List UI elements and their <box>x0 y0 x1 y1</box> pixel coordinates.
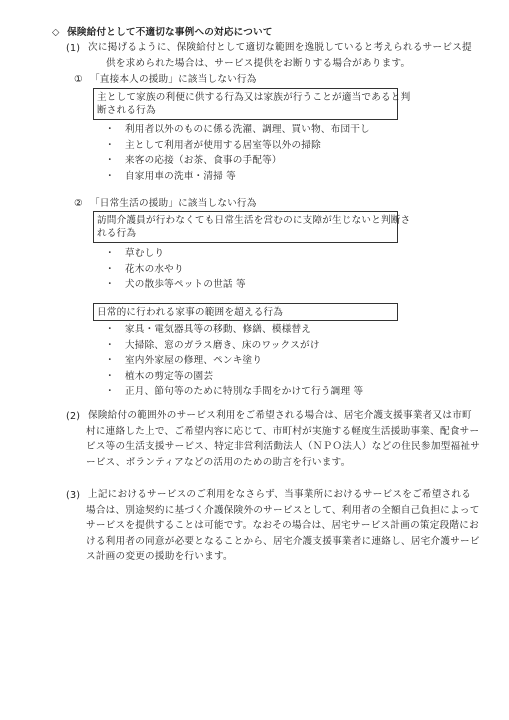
list-item-text: 来客の応接（お茶、食事の手配等） <box>125 155 282 166</box>
bullet-icon: ・ <box>105 323 125 336</box>
sub1-bullet-list: ・利用者以外のものに係る洗濯、調理、買い物、布団干し ・主として利用者が使用する… <box>105 123 370 185</box>
item2-line: ビス等の生活支援サービス、特定非営利活動法人（ＮＰＯ法人）などの住民参加型福祉サ <box>86 439 480 455</box>
diamond-icon: ◇ <box>52 27 60 38</box>
bullet-icon: ・ <box>105 247 125 260</box>
item2-line: 村に連絡した上で、ご希望内容に応じて、市町村が実施する軽度生活援助事業、配食サー <box>86 424 480 440</box>
list-item-text: 家具・電気器具等の移動、修繕、模様替え <box>125 324 311 335</box>
item3-number: (3) <box>66 489 80 502</box>
box-line: 日常的に行われる家事の範囲を超える行為 <box>97 306 394 319</box>
list-item: ・正月、節句等のために特別な手間をかけて行う調理 等 <box>105 385 363 401</box>
sub2-number: ② <box>74 197 83 210</box>
sub2-label: 「日常生活の援助」に該当しない行為 <box>90 197 257 210</box>
sub1-number: ① <box>74 73 83 86</box>
list-item: ・植木の剪定等の園芸 <box>105 370 363 386</box>
list-item: ・主として利用者が使用する居室等以外の掃除 <box>105 139 370 155</box>
bullet-icon: ・ <box>105 354 125 367</box>
item3-line: ス計画の変更の援助を行います。 <box>86 549 480 565</box>
list-item-text: 犬の散歩等ペットの世話 等 <box>125 279 246 290</box>
bullet-icon: ・ <box>105 139 125 152</box>
list-item: ・来客の応接（お茶、食事の手配等） <box>105 154 370 170</box>
item2-line: ービス、ボランティアなどの活用のための助言を行います。 <box>86 455 480 471</box>
sub1-definition-box: 主として家族の利便に供する行為又は家族が行うことが適当であると判 断される行為 <box>93 88 398 120</box>
list-item: ・草むしり <box>105 247 246 263</box>
item3-line: サービスを提供することは可能です。なおその場合は、居宅サービス計画の策定段階にお <box>86 518 480 534</box>
item2-number: (2) <box>66 410 80 423</box>
list-item-text: 利用者以外のものに係る洗濯、調理、買い物、布団干し <box>125 124 370 135</box>
section-title: 保険給付として不適切な事例への対応について <box>67 27 272 38</box>
list-item: ・犬の散歩等ペットの世話 等 <box>105 278 246 294</box>
sub2-bullet-list: ・草むしり ・花木の水やり ・犬の散歩等ペットの世話 等 <box>105 247 246 294</box>
list-item-text: 草むしり <box>125 248 164 259</box>
list-item: ・室内外家屋の修理、ペンキ塗り <box>105 354 363 370</box>
item3-line: 場合は、別途契約に基づく介護保険外のサービスとして、利用者の全額自己負担によって <box>86 503 480 519</box>
item3-line: 上記におけるサービスのご利用をなさらず、当事業所におけるサービスをご希望される <box>88 487 480 503</box>
sub2-household-bullet-list: ・家具・電気器具等の移動、修繕、模様替え ・大掃除、窓のガラス磨き、床のワックス… <box>105 323 363 401</box>
list-item-text: 正月、節句等のために特別な手間をかけて行う調理 等 <box>125 386 363 397</box>
bullet-icon: ・ <box>105 370 125 383</box>
box-line: 主として家族の利便に供する行為又は家族が行うことが適当であると判 <box>97 91 394 104</box>
box-line: 訪問介護員が行わなくても日常生活を営むのに支障が生じないと判断さ <box>97 214 394 227</box>
item2-line: 保険給付の範囲外のサービス利用をご希望される場合は、居宅介護支援事業者又は市町 <box>88 408 480 424</box>
bullet-icon: ・ <box>105 170 125 183</box>
item1-number: (1) <box>66 42 80 55</box>
section-heading: ◇ 保険給付として不適切な事例への対応について <box>52 26 273 39</box>
list-item: ・利用者以外のものに係る洗濯、調理、買い物、布団干し <box>105 123 370 139</box>
list-item-text: 大掃除、窓のガラス磨き、床のワックスがけ <box>125 340 320 351</box>
sub1-label: 「直接本人の援助」に該当しない行為 <box>90 73 257 86</box>
bullet-icon: ・ <box>105 385 125 398</box>
list-item: ・自家用車の洗車・清掃 等 <box>105 170 370 186</box>
box-line: れる行為 <box>97 227 394 240</box>
box-line: 断される行為 <box>97 104 394 117</box>
list-item-text: 主として利用者が使用する居室等以外の掃除 <box>125 140 321 151</box>
item3-paragraph: 上記におけるサービスのご利用をなさらず、当事業所におけるサービスをご希望される … <box>88 487 480 565</box>
list-item: ・家具・電気器具等の移動、修繕、模様替え <box>105 323 363 339</box>
item1-line: 供を求められた場合は、サービス提供をお断りする場合があります。 <box>106 56 472 72</box>
list-item-text: 花木の水やり <box>125 264 184 275</box>
bullet-icon: ・ <box>105 154 125 167</box>
list-item: ・大掃除、窓のガラス磨き、床のワックスがけ <box>105 339 363 355</box>
item2-paragraph: 保険給付の範囲外のサービス利用をご希望される場合は、居宅介護支援事業者又は市町 … <box>88 408 480 470</box>
item1-line: 次に掲げるように、保険給付として適切な範囲を逸脱していると考えられるサービス提 <box>88 40 472 56</box>
item3-line: ける利用者の同意が必要となることから、居宅介護支援事業者に連絡し、居宅介護サービ <box>86 534 480 550</box>
list-item-text: 室内外家屋の修理、ペンキ塗り <box>125 355 262 366</box>
bullet-icon: ・ <box>105 278 125 291</box>
list-item-text: 植木の剪定等の園芸 <box>125 371 213 382</box>
bullet-icon: ・ <box>105 123 125 136</box>
sub2-household-box: 日常的に行われる家事の範囲を超える行為 <box>93 303 398 321</box>
sub2-definition-box: 訪問介護員が行わなくても日常生活を営むのに支障が生じないと判断さ れる行為 <box>93 211 398 243</box>
item1-paragraph: 次に掲げるように、保険給付として適切な範囲を逸脱していると考えられるサービス提 … <box>88 40 472 71</box>
bullet-icon: ・ <box>105 339 125 352</box>
list-item: ・花木の水やり <box>105 263 246 279</box>
bullet-icon: ・ <box>105 263 125 276</box>
list-item-text: 自家用車の洗車・清掃 等 <box>125 171 236 182</box>
